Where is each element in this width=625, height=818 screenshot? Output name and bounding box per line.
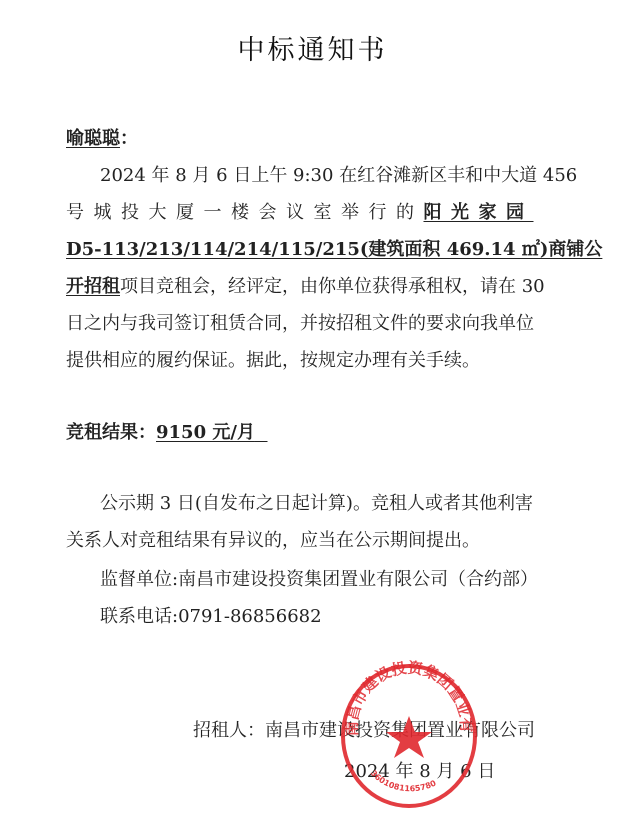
paragraph1-line4-text: 项目竞租会，经评定，由你单位获得承租权，请在 30 xyxy=(120,276,545,297)
paragraph1-line2: 号城投大厦一楼会议室举行的阳光家园 xyxy=(66,198,534,224)
addressee-colon: ： xyxy=(120,128,138,149)
date-line: 2024 年 8 月 6 日 xyxy=(344,757,495,783)
supervisor-line: 监督单位:南昌市建设投资集团置业有限公司（合约部） xyxy=(100,565,538,591)
addressee-line: 喻聪聪： xyxy=(66,124,138,150)
issuer-line: 招租人：南昌市建设投资集团置业有限公司 xyxy=(193,716,535,742)
paragraph1-line4: 开招租项目竞租会，经评定，由你单位获得承租权，请在 30 xyxy=(66,272,545,298)
result-label: 竞租结果： xyxy=(66,422,156,443)
notice-line1: 公示期 3 日(自发布之日起计算)。竞租人或者其他利害 xyxy=(100,489,533,515)
paragraph1-line6: 提供相应的履约保证。据此，按规定办理有关手续。 xyxy=(66,346,480,372)
paragraph1-line2-text: 号城投大厦一楼会议室举行的 xyxy=(66,202,424,223)
result-value: 9150 元/月 xyxy=(156,422,255,443)
document-page: 中标通知书 喻聪聪： 2024 年 8 月 6 日上午 9:30 在红谷滩新区丰… xyxy=(0,0,625,818)
result-line: 竞租结果：9150 元/月 xyxy=(66,418,268,444)
page-title: 中标通知书 xyxy=(0,28,625,67)
project-name: 阳光家园 xyxy=(424,202,534,223)
addressee-name: 喻聪聪 xyxy=(66,128,120,149)
project-type: 开招租 xyxy=(66,276,120,297)
project-units: D5-113/213/114/214/115/215(建筑面积 469.14 ㎡… xyxy=(66,235,602,261)
paragraph1-line5: 日之内与我司签订租赁合同，并按招租文件的要求向我单位 xyxy=(66,309,534,335)
phone-line: 联系电话:0791-86856682 xyxy=(100,602,322,628)
paragraph1-line1: 2024 年 8 月 6 日上午 9:30 在红谷滩新区丰和中大道 456 xyxy=(100,161,577,187)
notice-line2: 关系人对竞租结果有异议的，应当在公示期间提出。 xyxy=(66,526,480,552)
